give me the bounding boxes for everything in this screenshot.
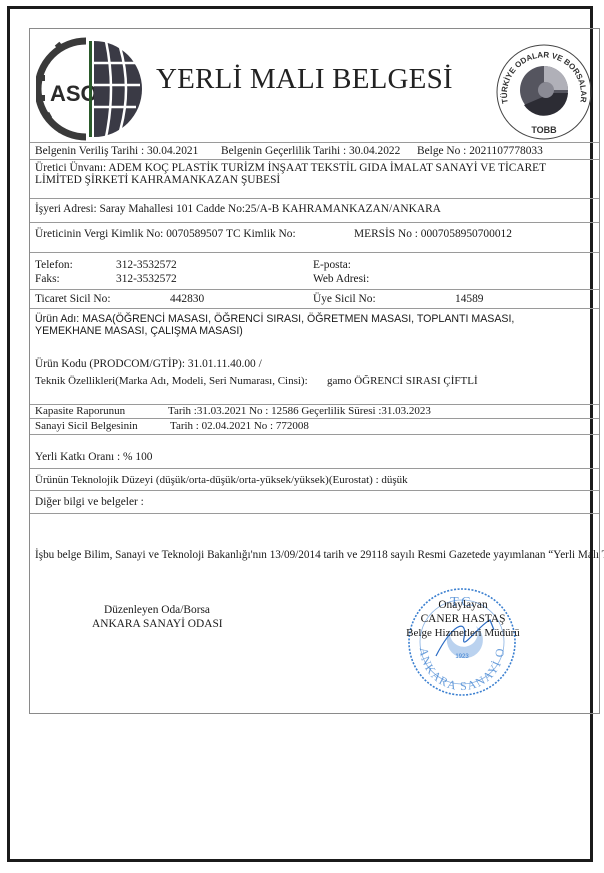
approver-role: Belge Hizmetleri Müdürü	[393, 627, 533, 639]
issuer-label: Düzenleyen Oda/Borsa	[92, 604, 222, 616]
local-content-rate: Yerli Katkı Oranı : % 100	[35, 451, 152, 464]
issue-date: Belgenin Veriliş Tarihi : 30.04.2021	[35, 145, 198, 158]
certificate-dates-row: Belgenin Veriliş Tarihi : 30.04.2021 Bel…	[30, 142, 599, 159]
legal-statement: İşbu belge Bilim, Sanayi ve Teknoloji Ba…	[35, 549, 594, 562]
web-label: Web Adresi:	[313, 273, 369, 286]
industry-registry-detail: Tarih : 02.04.2021 No : 772008	[170, 420, 309, 433]
svg-text:TOBB: TOBB	[531, 125, 557, 135]
technical-specs-label: Teknik Özellikleri(Marka Adı, Modeli, Se…	[35, 375, 308, 388]
workplace-address: İşyeri Adresi: Saray Mahallesi 101 Cadde…	[35, 203, 441, 216]
member-registry-label: Üye Sicil No:	[313, 293, 376, 306]
product-code: Ürün Kodu (PRODCOM/GTİP): 31.01.11.40.00…	[35, 358, 262, 371]
producer-title-row: Üretici Ünvanı: ADEM KOÇ PLASTİK TURİZM …	[30, 159, 599, 198]
tech-level-row: Ürünün Teknolojik Düzeyi (düşük/orta-düş…	[30, 468, 599, 490]
registry-row: Ticaret Sicil No: 442830 Üye Sicil No: 1…	[30, 289, 599, 308]
fax-label: Faks:	[35, 273, 60, 286]
phone-label: Telefon:	[35, 259, 73, 272]
aso-logo-icon: ASO	[36, 33, 146, 141]
technical-specs-value: gamo ÖĞRENCİ SIRASI ÇİFTLİ	[327, 375, 478, 388]
local-content-row: Yerli Katkı Oranı : % 100	[30, 434, 599, 468]
document-title: YERLİ MALI BELGESİ	[156, 63, 453, 96]
address-row: İşyeri Adresi: Saray Mahallesi 101 Cadde…	[30, 198, 599, 222]
phone-value: 312-3532572	[116, 259, 177, 272]
producer-title-line2: LİMİTED ŞİRKETİ KAHRAMANKAZAN ŞUBESİ	[35, 174, 280, 187]
certificate-number: Belge No : 2021107778033	[417, 145, 543, 158]
contact-row: Telefon: 312-3532572 E-posta: Faks: 312-…	[30, 252, 599, 289]
trade-registry-value: 442830	[170, 293, 204, 306]
certificate-outer-frame: ASO YERLİ MALI BELGESİ TÜRKİYE	[7, 6, 593, 862]
member-registry-value: 14589	[455, 293, 483, 306]
approver-name: CANER HASTAŞ	[408, 613, 518, 625]
approver-label: Onaylayan	[408, 599, 518, 611]
technology-level: Ürünün Teknolojik Düzeyi (düşük/orta-düş…	[35, 474, 408, 487]
email-label: E-posta:	[313, 259, 351, 272]
capacity-report-detail: Tarih :31.03.2021 No : 12586 Geçerlilik …	[168, 405, 431, 418]
mersis-number: MERSİS No : 0007058950700012	[354, 228, 512, 241]
capacity-report-row: Kapasite Raporunun Tarih :31.03.2021 No …	[30, 404, 599, 418]
other-info-label: Diğer bilgi ve belgeler :	[35, 496, 144, 509]
certificate-inner-frame: ASO YERLİ MALI BELGESİ TÜRKİYE	[29, 28, 600, 714]
capacity-report-label: Kapasite Raporunun	[35, 405, 125, 418]
valid-until-date: Belgenin Geçerlilik Tarihi : 30.04.2022	[221, 145, 400, 158]
trade-registry-label: Ticaret Sicil No:	[35, 293, 111, 306]
svg-text:1923: 1923	[455, 654, 469, 660]
certificate-header: ASO YERLİ MALI BELGESİ TÜRKİYE	[30, 29, 599, 142]
fax-value: 312-3532572	[116, 273, 177, 286]
industry-registry-label: Sanayi Sicil Belgesinin	[35, 420, 138, 433]
tc-id: TC Kimlik No:	[226, 228, 296, 241]
tax-id-row: Üreticinin Vergi Kimlik No: 0070589507 T…	[30, 222, 599, 252]
other-info-row: Diğer bilgi ve belgeler :	[30, 490, 599, 513]
product-row: Ürün Adı: MASA(ÖĞRENCİ MASASI, ÖĞRENCİ S…	[30, 308, 599, 404]
industry-registry-row: Sanayi Sicil Belgesinin Tarih : 02.04.20…	[30, 418, 599, 434]
tobb-logo-icon: TÜRKİYE ODALAR VE BORSALAR BİRLİĞİ TOBB	[494, 43, 594, 141]
product-name-line2: YEMEKHANE MASASI, ÇALIŞMA MASASI)	[35, 325, 243, 338]
issuer-name: ANKARA SANAYİ ODASI	[92, 618, 222, 630]
tax-id: Üreticinin Vergi Kimlik No: 0070589507	[35, 228, 223, 241]
